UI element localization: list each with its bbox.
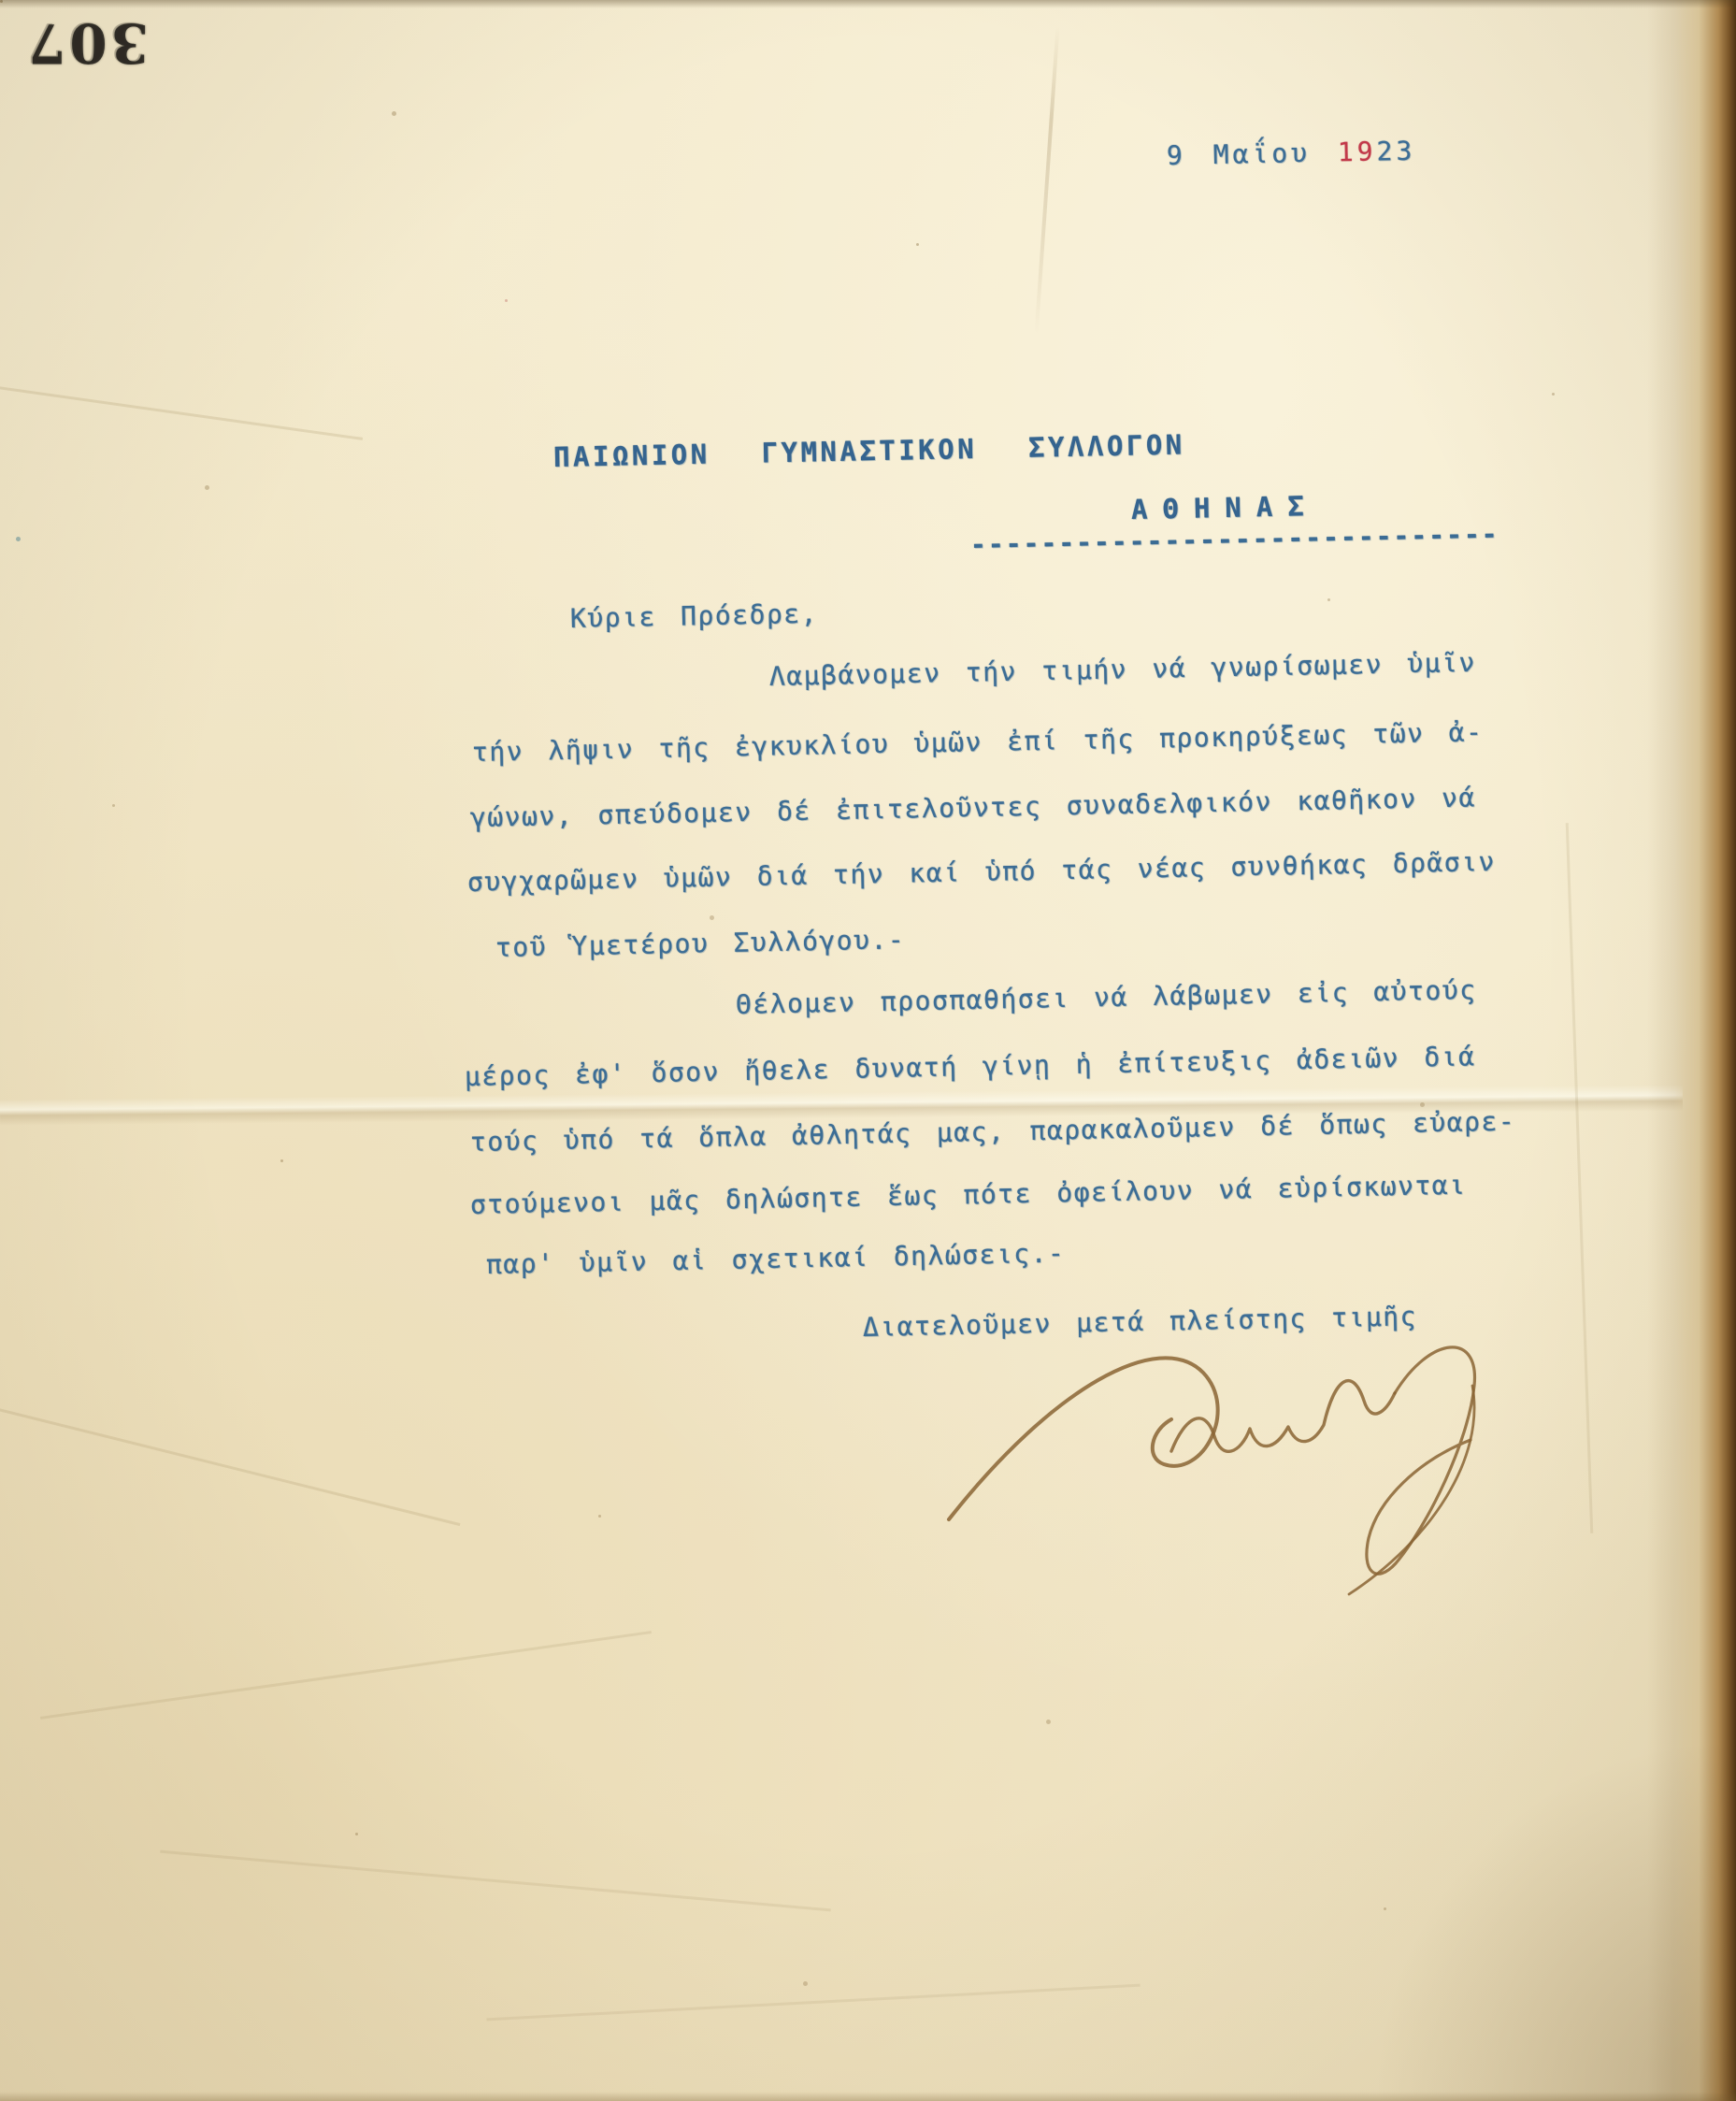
body-line: τήν λῆψιν τῆς ἐγκυκλίου ὑμῶν ἐπί τῆς προ… [472, 716, 1484, 769]
body-line: συγχαρῶμεν ὑμῶν διά τήν καί ὑπό τάς νέας… [467, 846, 1496, 899]
body-line: γώνων, σπεύδομεν δέ ἐπιτελοῦντες συναδελ… [470, 782, 1476, 834]
paper-crease [40, 1631, 652, 1720]
paper-crease [0, 1403, 460, 1526]
closing-line: Διατελοῦμεν μετά πλείστης τιμῆς [863, 1301, 1418, 1344]
body-line: Θέλομεν προσπαθήσει νά λάβωμεν εἰς αὐτού… [736, 974, 1477, 1021]
date-year-red: 19 [1337, 136, 1376, 167]
body-line: παρ' ὑμῖν αἱ σχετικαί δηλώσεις.- [486, 1238, 1066, 1281]
page-top-edge [0, 0, 1736, 8]
handwritten-signature [921, 1300, 1538, 1608]
scanned-letter-page: 307 9 Μαΐου 1923 ΠΑΙΩΝΙΟΝ ΓΥΜΝΑΣΤΙΚΟΝ ΣΥ… [0, 0, 1736, 2101]
page-bottom-edge [0, 2092, 1736, 2101]
page-right-edge [1647, 0, 1736, 2101]
paper-crease [1566, 823, 1594, 1533]
paper-crease [486, 1984, 1140, 2022]
recipient-name: ΠΑΙΩΝΙΟΝ ΓΥΜΝΑΣΤΙΚΟΝ ΣΥΛΛΟΓΟΝ [553, 428, 1185, 473]
recipient-city: ΑΘΗΝΑΣ [1131, 490, 1319, 525]
paper-crease [160, 1850, 831, 1912]
body-line: μέρος ἐφ' ὅσον ἤθελε δυνατή γίνῃ ἡ ἐπίτε… [465, 1041, 1476, 1093]
page-corner-shadow [1343, 1708, 1736, 2101]
body-line: τούς ὑπό τά ὅπλα ἀθλητάς μας, παρακαλοῦμ… [470, 1106, 1516, 1158]
recipient-divider: ------------------------------ [970, 519, 1499, 561]
body-line: τοῦ Ὑμετέρου Συλλόγου.- [495, 924, 906, 964]
date-line: 9 Μαΐου 1923 [1167, 136, 1416, 172]
date-day-month: 9 Μαΐου [1167, 137, 1338, 171]
archive-number-stamp: 307 [24, 11, 149, 75]
body-line: Λαμβάνομεν τήν τιμήν νά γνωρίσωμεν ὑμῖν [769, 647, 1476, 693]
date-year-blue: 23 [1376, 136, 1415, 167]
paper-crease [0, 381, 363, 440]
paper-crease [1034, 26, 1059, 334]
body-line: στούμενοι μᾶς δηλώσητε ἕως πότε ὀφείλουν… [470, 1170, 1467, 1221]
paper-specks [0, 0, 3, 3]
salutation: Κύριε Πρόεδρε, [570, 598, 819, 635]
